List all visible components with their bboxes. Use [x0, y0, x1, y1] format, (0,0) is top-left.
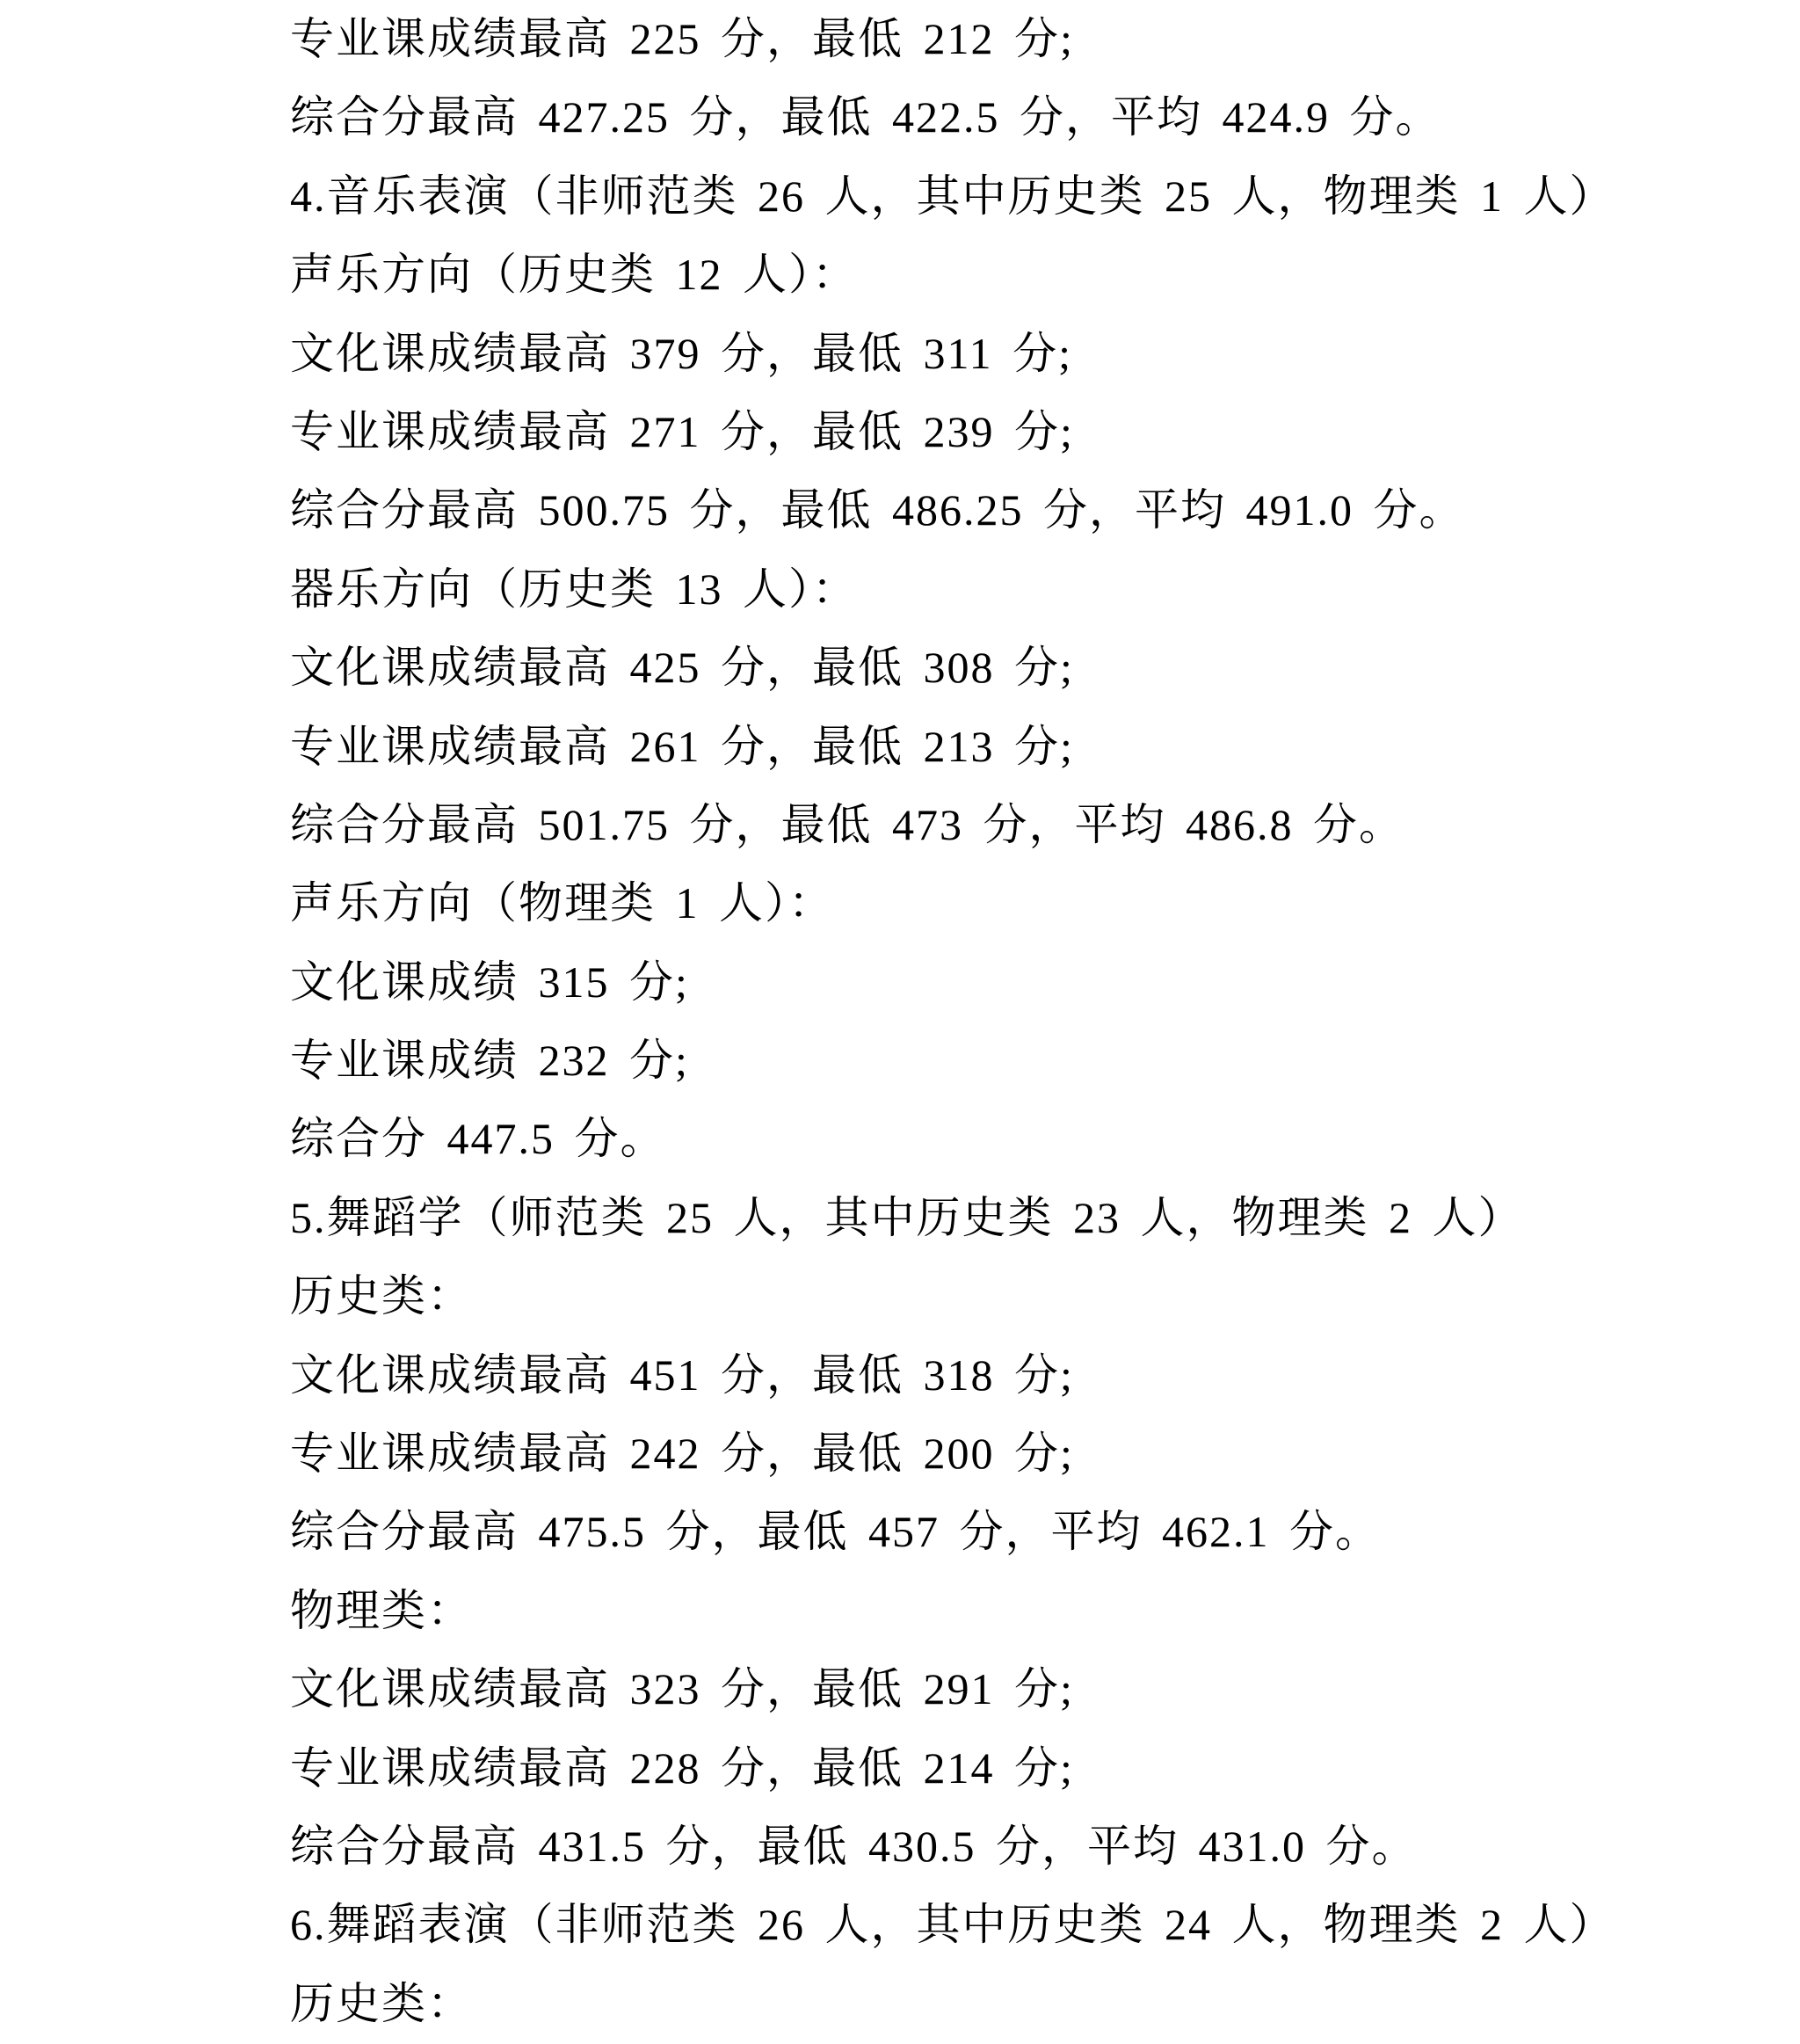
text-line: 综合分最高 501.75 分，最低 473 分，平均 486.8 分。: [290, 786, 1615, 864]
text-line: 历史类：: [290, 1257, 1615, 1335]
text-line: 声乐方向（物理类 1 人）：: [290, 864, 1615, 942]
text-line: 文化课成绩最高 451 分，最低 318 分;: [290, 1336, 1615, 1415]
text-line: 5.舞蹈学（师范类 25 人，其中历史类 23 人，物理类 2 人）: [290, 1179, 1615, 1257]
document-text-block: 专业课成绩最高 225 分，最低 212 分;综合分最高 427.25 分，最低…: [290, 0, 1615, 2043]
document-page: 专业课成绩最高 225 分，最低 212 分;综合分最高 427.25 分，最低…: [0, 0, 1800, 2044]
text-line: 4.音乐表演（非师范类 26 人，其中历史类 25 人，物理类 1 人）: [290, 157, 1615, 236]
text-line: 器乐方向（历史类 13 人）：: [290, 550, 1615, 629]
text-line: 6.舞蹈表演（非师范类 26 人，其中历史类 24 人，物理类 2 人）: [290, 1886, 1615, 1964]
text-line: 专业课成绩最高 261 分，最低 213 分;: [290, 708, 1615, 786]
text-line: 物理类：: [290, 1572, 1615, 1650]
text-line: 专业课成绩最高 271 分，最低 239 分;: [290, 393, 1615, 471]
text-line: 综合分 447.5 分。: [290, 1100, 1615, 1178]
text-line: 专业课成绩最高 228 分，最低 214 分;: [290, 1729, 1615, 1808]
text-line: 综合分最高 431.5 分，最低 430.5 分，平均 431.0 分。: [290, 1808, 1615, 1886]
text-line: 综合分最高 500.75 分，最低 486.25 分，平均 491.0 分。: [290, 471, 1615, 549]
text-line: 文化课成绩最高 323 分，最低 291 分;: [290, 1650, 1615, 1728]
text-line: 文化课成绩最高 379 分，最低 311 分;: [290, 315, 1615, 393]
text-line: 声乐方向（历史类 12 人）：: [290, 236, 1615, 314]
text-line: 综合分最高 427.25 分，最低 422.5 分，平均 424.9 分。: [290, 78, 1615, 156]
text-line: 专业课成绩最高 225 分，最低 212 分;: [290, 0, 1615, 78]
text-line: 文化课成绩 315 分;: [290, 943, 1615, 1022]
document-viewport: { "page": { "background_color": "#ffffff…: [0, 0, 1800, 2044]
text-line: 文化课成绩最高 425 分，最低 308 分;: [290, 629, 1615, 707]
text-line: 历史类：: [290, 1965, 1615, 2043]
text-line: 综合分最高 475.5 分，最低 457 分，平均 462.1 分。: [290, 1493, 1615, 1571]
text-line: 专业课成绩 232 分;: [290, 1022, 1615, 1100]
text-line: 专业课成绩最高 242 分，最低 200 分;: [290, 1415, 1615, 1493]
